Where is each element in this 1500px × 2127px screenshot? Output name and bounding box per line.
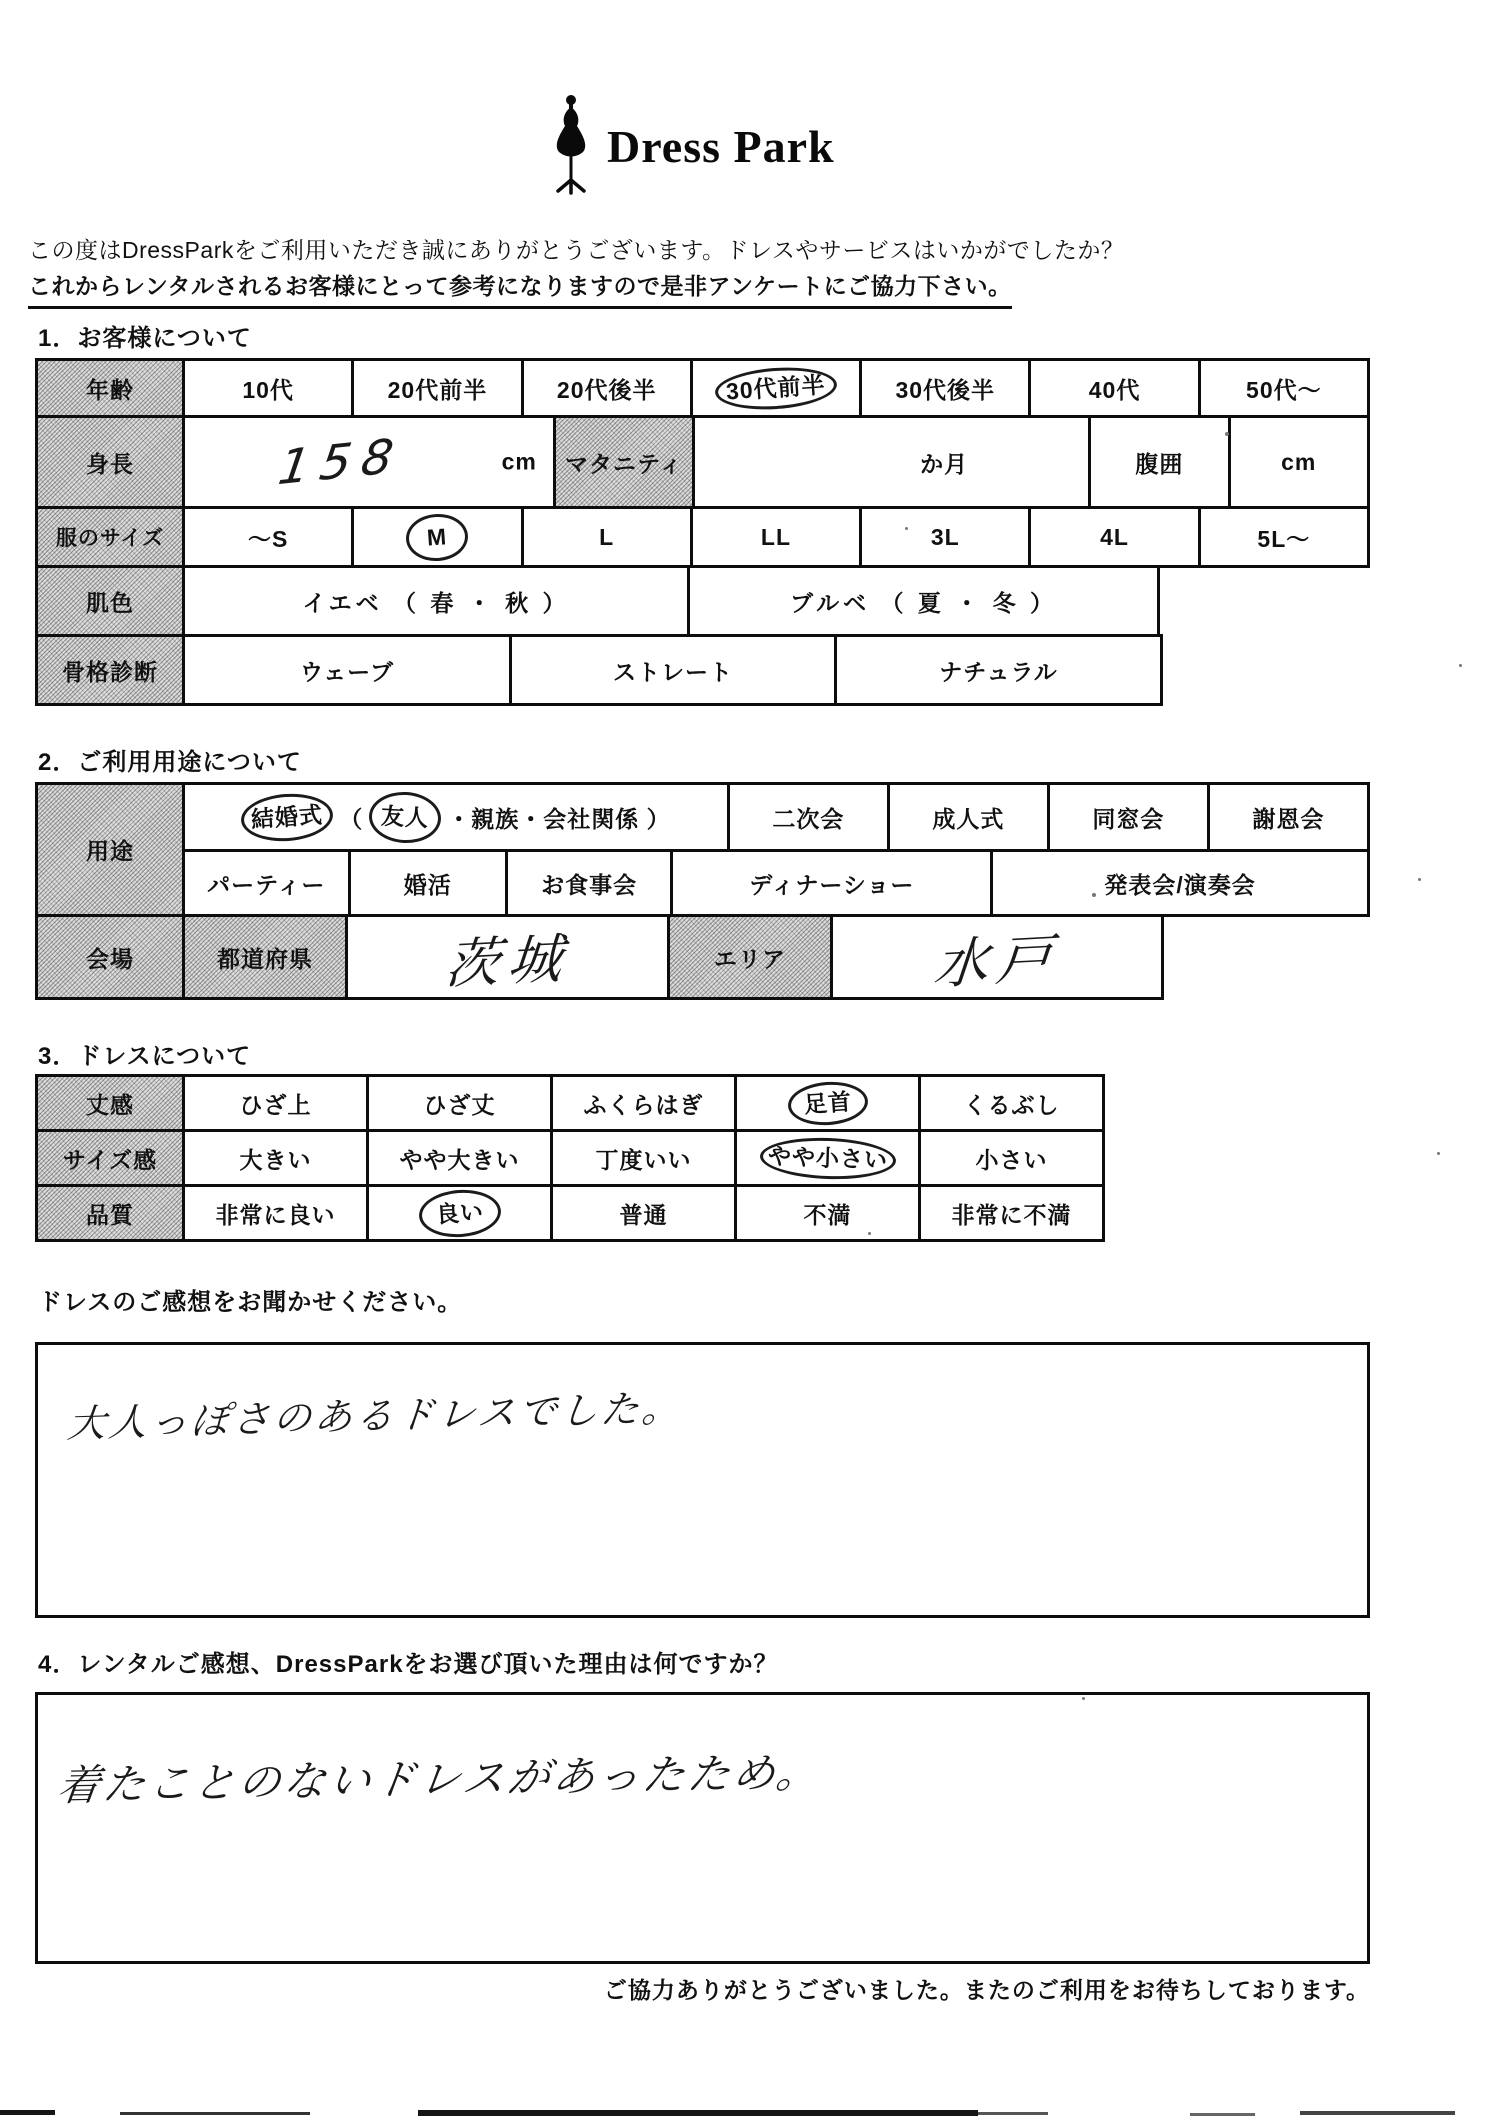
section2-title: 2．ご利用用途について <box>38 742 302 777</box>
quality-option-normal: 普通 <box>550 1184 737 1242</box>
scan-speck <box>1418 878 1421 881</box>
height-unit: cm <box>502 449 537 476</box>
intro-line2: これからレンタルされるお客様にとって参考になりますので是非アンケートにご協力下さ… <box>28 268 1012 309</box>
age-label: 年齢 <box>35 358 185 418</box>
prefecture-value-cell: 茨城 <box>345 914 670 1000</box>
q4-comment-box: 着たことのないドレスがあったため。 <box>35 1692 1370 1964</box>
usage-option-thanks-party: 謝恩会 <box>1207 782 1370 852</box>
scan-artifact-line <box>978 2112 1048 2115</box>
height-label: 身長 <box>35 415 185 509</box>
age-option-40s: 40代 <box>1028 358 1200 418</box>
pen-circle-age: 30代前半 <box>714 363 838 412</box>
fit-option-slightly-large: やや大きい <box>366 1129 553 1187</box>
usage-label: 用途 <box>35 782 185 917</box>
scan-speck <box>1082 1697 1085 1700</box>
usage-wedding-cell: 結婚式 （ 友人 ・親族・会社関係 ） <box>182 782 730 852</box>
quality-label: 品質 <box>35 1184 185 1242</box>
scan-artifact-line <box>1300 2111 1455 2115</box>
length-option-ankle-selected: 足首 <box>734 1074 921 1132</box>
size-label: 服のサイズ <box>35 506 185 568</box>
pen-circle-size: M <box>405 511 470 562</box>
pen-circle-friend: 友人 <box>368 790 443 845</box>
scan-artifact-line <box>120 2112 310 2115</box>
size-option-5l: 5L～ <box>1198 506 1370 568</box>
age-option-30s-early-selected: 30代前半 <box>690 358 862 418</box>
fit-option-slightly-small-selected: やや小さい <box>734 1129 921 1187</box>
age-option-30s-late: 30代後半 <box>859 358 1031 418</box>
handwritten-area: 水戸 <box>931 915 1063 998</box>
length-option-anklebone: くるぶし <box>918 1074 1105 1132</box>
area-value-cell: 水戸 <box>830 914 1164 1000</box>
usage-option-dinner-meeting: お食事会 <box>505 849 674 917</box>
quality-option-very-good: 非常に良い <box>182 1184 369 1242</box>
skeleton-option-wave: ウェーブ <box>182 634 512 706</box>
handwritten-prefecture: 茨城 <box>442 915 574 998</box>
size-option-l: L <box>521 506 693 568</box>
size-option-m-selected: M <box>351 506 523 568</box>
pen-circle-fit: やや小さい <box>759 1135 896 1181</box>
size-option-ll: LL <box>690 506 862 568</box>
skin-option-yellow-base: イエベ （ 春 ・ 秋 ） <box>182 565 690 637</box>
usage-relatives-text: ・親族・会社関係 ） <box>447 801 670 834</box>
age-option-20s-early: 20代前半 <box>351 358 523 418</box>
scan-artifact-line <box>1190 2113 1255 2116</box>
q4-title: 4．レンタルご感想、DressParkをお選び頂いた理由は何ですか？ <box>38 1644 779 1679</box>
scan-speck <box>905 527 908 530</box>
length-option-knee: ひざ丈 <box>366 1074 553 1132</box>
size-option-4l: 4L <box>1028 506 1200 568</box>
height-value-cell: 158 cm <box>182 415 556 509</box>
size-option-s: ～S <box>182 506 354 568</box>
usage-option-reunion: 同窓会 <box>1047 782 1210 852</box>
scan-speck <box>1437 1152 1440 1155</box>
area-label: エリア <box>667 914 833 1000</box>
paren-open: （ <box>339 801 363 834</box>
handwritten-height-value: 158 <box>275 428 407 496</box>
usage-option-dinner-show: ディナーショー <box>670 849 993 917</box>
maternity-months-cell: か月 <box>692 415 1091 509</box>
waist-label: 腹囲 <box>1088 415 1230 509</box>
usage-option-recital: 発表会/演奏会 <box>990 849 1370 917</box>
maternity-label: マタニティ <box>553 415 695 509</box>
waist-unit: cm <box>1228 415 1370 509</box>
pen-circle-wedding: 結婚式 <box>240 790 335 843</box>
intro-line1: この度はDressParkをご利用いただき誠にありがとうございます。ドレスやサー… <box>28 232 1124 265</box>
logo: Dress Park <box>545 92 835 201</box>
scan-artifact-line <box>0 2110 55 2115</box>
scan-speck <box>1459 664 1462 667</box>
skin-option-blue-base: ブルベ （ 夏 ・ 冬 ） <box>687 565 1160 637</box>
skeleton-option-natural: ナチュラル <box>834 634 1163 706</box>
skin-label: 肌色 <box>35 565 185 637</box>
fit-option-small: 小さい <box>918 1129 1105 1187</box>
handwritten-q3-answer: 大人っぽさのあるドレスでした。 <box>66 1359 1370 1448</box>
section3-title: 3．ドレスについて <box>38 1036 251 1071</box>
age-option-10s: 10代 <box>182 358 354 418</box>
usage-option-konkatsu: 婚活 <box>348 849 508 917</box>
age-option-50s: 50代～ <box>1198 358 1370 418</box>
fit-option-just-right: 丁度いい <box>550 1129 737 1187</box>
length-option-above-knee: ひざ上 <box>182 1074 369 1132</box>
fit-label: サイズ感 <box>35 1129 185 1187</box>
pen-circle-length: 足首 <box>786 1079 869 1127</box>
dress-table: 丈感 ひざ上 ひざ丈 ふくらはぎ 足首 くるぶし サイズ感 大きい やや大きい … <box>35 1074 1105 1242</box>
scan-speck <box>1092 893 1096 897</box>
quality-option-good-selected: 良い <box>366 1184 553 1242</box>
survey-form-page: { "logo": { "brand": "Dress Park" }, "in… <box>0 0 1500 2127</box>
length-label: 丈感 <box>35 1074 185 1132</box>
section1-title: 1．お客様について <box>38 318 252 353</box>
fit-option-large: 大きい <box>182 1129 369 1187</box>
q3-label: ドレスのご感想をお聞かせください。 <box>38 1282 462 1317</box>
quality-option-unsatisfied: 不満 <box>734 1184 921 1242</box>
usage-option-afterparty: 二次会 <box>727 782 890 852</box>
footer-thanks: ご協力ありがとうございました。またのご利用をお待ちしております。 <box>35 1972 1370 2005</box>
scan-speck <box>1225 432 1229 436</box>
brand-name: Dress Park <box>607 120 835 173</box>
prefecture-label: 都道府県 <box>182 914 348 1000</box>
customer-table: 年齢 10代 20代前半 20代後半 30代前半 30代後半 40代 50代～ … <box>35 358 1370 706</box>
handwritten-q4-answer: 着たことのないドレスがあったため。 <box>55 1730 1370 1813</box>
venue-label: 会場 <box>35 914 185 1000</box>
scan-speck <box>868 1232 871 1235</box>
skeleton-label: 骨格診断 <box>35 634 185 706</box>
size-option-3l: 3L <box>859 506 1031 568</box>
age-option-20s-late: 20代後半 <box>521 358 693 418</box>
length-option-calf: ふくらはぎ <box>550 1074 737 1132</box>
q3-comment-box: 大人っぽさのあるドレスでした。 <box>35 1342 1370 1618</box>
scan-artifact-line <box>418 2110 978 2116</box>
dress-mannequin-icon <box>545 92 597 201</box>
usage-table: 用途 結婚式 （ 友人 ・親族・会社関係 ） 二次会 成人式 同窓会 謝恩会 パ… <box>35 782 1370 1000</box>
usage-option-coming-of-age: 成人式 <box>887 782 1050 852</box>
pen-circle-quality: 良い <box>417 1187 502 1240</box>
quality-option-very-unsatisfied: 非常に不満 <box>918 1184 1105 1242</box>
usage-option-party: パーティー <box>182 849 351 917</box>
skeleton-option-straight: ストレート <box>509 634 837 706</box>
months-label: か月 <box>920 446 968 479</box>
